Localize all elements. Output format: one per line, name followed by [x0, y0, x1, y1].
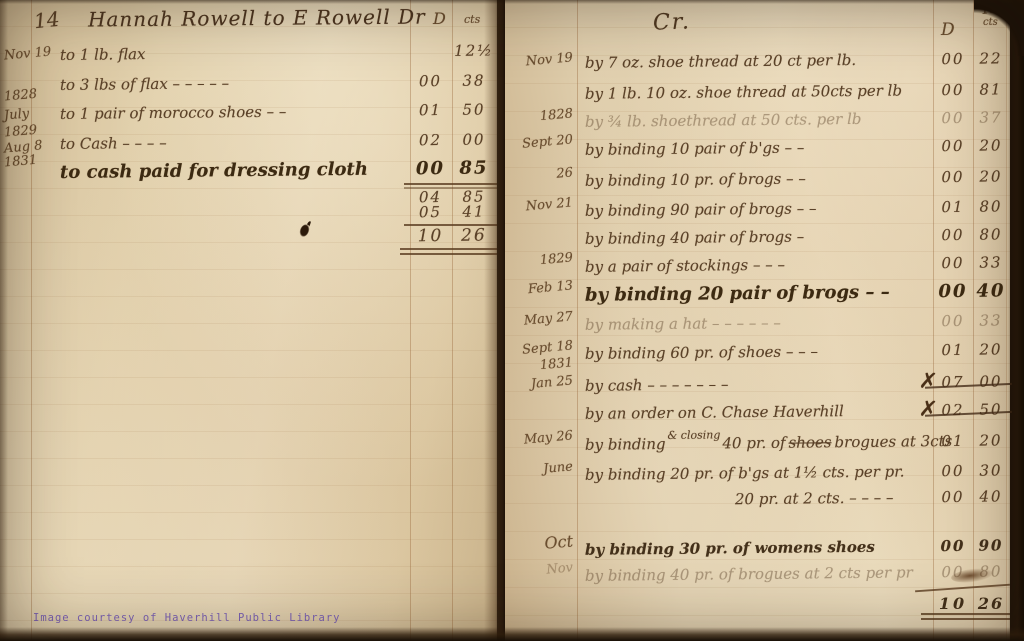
entry-dollars: 00 [934, 81, 972, 99]
entry-dollars: 00 [934, 462, 972, 480]
ledger-entry-row: by binding 20 pair of brogs – – 00 40 ✗ [505, 280, 1010, 310]
ledger-entry-row: by 7 oz. shoe thread at 20 ct per lb. 00… [505, 49, 1010, 79]
entry-dollars: 00 [934, 50, 972, 68]
total-double-rule [400, 253, 497, 255]
entry-description: 20 pr. at 2 cts. – – – – [585, 488, 904, 509]
entry-description-text: by binding 40 pair of brogs – [585, 228, 804, 248]
entry-dollars: 00 [934, 137, 972, 155]
entry-cents: 40 [974, 280, 1008, 301]
ledger-entry-row: by making a hat – – – – – – 00 33 ✗ [505, 311, 1010, 341]
entry-dollars: 00 [934, 254, 972, 272]
entry-description: to 1 pair of morocco shoes – – [60, 102, 303, 123]
entry-cents: 33 [974, 253, 1008, 271]
entry-description: to cash paid for dressing cloth [60, 159, 384, 183]
watermark-credit: Image courtesy of Haverhill Public Libra… [33, 612, 341, 624]
entry-description-text: by 1 lb. 10 oz. shoe thread at 50cts per… [585, 81, 902, 102]
right-dollars-column-header: D [941, 20, 955, 40]
left-cents-column-header: cts [464, 13, 480, 26]
entry-description: by binding 40 pair of brogs – [585, 227, 814, 247]
entry-dollars: 00 [934, 488, 972, 506]
entry-mid-text: 40 pr. of [722, 434, 785, 453]
ledger-left-page: 14 Hannah Rowell to E Rowell Dr D cts No… [0, 0, 497, 641]
ledger-right-page: Cr. 15 D cts Nov 19 1828 Sept 20 26 Nov … [505, 0, 1010, 641]
entry-dollars: 01 [411, 101, 450, 119]
ledger-entry-row: by binding 10 pair of b'gs – – 00 20 ✗ [505, 136, 1010, 166]
entry-dollars: 01 [934, 432, 972, 450]
photo-top-edge [0, 0, 1024, 4]
entry-description-text: by cash – – – – – – – [585, 375, 729, 395]
entry-dollars: 02 [934, 401, 972, 419]
ledger-entry-row: by binding 10 pr. of brogs – – 00 20 ✗ [505, 167, 1010, 197]
entry-dollars: 00 [934, 168, 972, 186]
total-double-rule [400, 248, 497, 250]
entry-dollars: 00 [411, 158, 450, 179]
entry-description: by making a hat – – – – – – [585, 314, 791, 334]
total-dollars: 10 [411, 226, 450, 246]
ledger-entry-row: by binding 40 pair of brogs – 00 80 ✗ [505, 225, 1010, 255]
photo-top-right-corner [974, 0, 1024, 56]
entry-cents: 33 [974, 311, 1008, 329]
entry-description: by a pair of stockings – – – [585, 256, 795, 276]
entry-description: by binding 40 pr. of brogues at 2 cts pe… [585, 563, 923, 585]
grand-total-double-rule [921, 618, 1010, 620]
entry-description: by an order on C. Chase Haverhill [585, 402, 854, 423]
crossout-x-mark: ✗ [918, 396, 939, 423]
ledger-entry-row: by binding 20 pr. of b'gs at 1½ cts. per… [505, 461, 1010, 491]
entry-description-text: to cash paid for dressing cloth [60, 159, 368, 183]
entry-description: by ¾ lb. shoethread at 50 cts. per lb [585, 110, 872, 131]
entry-dollars: 00 [934, 537, 972, 555]
ledger-entry-row: by binding 60 pr. of shoes – – – 01 20 ✗ [505, 340, 1010, 370]
ledger-entry-row: by an order on C. Chase Haverhill 02 50 … [505, 400, 1010, 430]
ledger-entry-row: to 1 pair of morocco shoes – – 01 50 ✗ [0, 100, 497, 130]
entry-description-text: by binding 30 pr. of womens shoes [585, 538, 875, 559]
entry-description: by 1 lb. 10 oz. shoe thread at 50cts per… [585, 81, 912, 102]
ledger-entry-row: to 1 lb. flax 12½ ✗ [0, 41, 497, 71]
entry-description-text: to 1 lb. flax [60, 45, 146, 64]
ledger-entry-row: by ¾ lb. shoethread at 50 cts. per lb 00… [505, 108, 1010, 138]
entry-description: by binding 20 pr. of b'gs at 1½ cts. per… [585, 462, 915, 483]
entry-cents: 81 [974, 80, 1008, 98]
entry-cents: 30 [974, 461, 1008, 479]
entry-description-text: by binding 60 pr. of shoes – – – [585, 342, 818, 362]
entry-dollars: 00 [934, 281, 972, 302]
entry-dollars: 00 [934, 109, 972, 127]
entry-description-text: by 7 oz. shoe thread at 20 ct per lb. [585, 51, 856, 72]
entry-dollars: 01 [934, 341, 972, 359]
entry-cents: 37 [974, 108, 1008, 126]
left-page-heading: Hannah Rowell to E Rowell Dr [88, 5, 426, 32]
total-dollars: 05 [411, 203, 450, 221]
entry-description: by binding 30 pr. of womens shoes [585, 538, 885, 559]
grand-total-cents: 26 [974, 594, 1008, 613]
ledger-entry-row: by a pair of stockings – – – 00 33 ✗ [505, 253, 1010, 283]
entry-dollars: 00 [934, 312, 972, 330]
entry-cents: 80 [974, 225, 1008, 243]
entry-description-text: by binding 20 pair of brogs – – [585, 282, 890, 306]
right-page-heading: Cr. [653, 9, 692, 35]
entry-description: to 3 lbs of flax – – – – – [60, 74, 245, 94]
entry-description-text: by binding 10 pair of b'gs – – [585, 139, 805, 159]
entry-description-text: to 1 pair of morocco shoes – – [60, 103, 287, 123]
entry-description-text: by an order on C. Chase Haverhill [585, 402, 844, 423]
entry-description: by binding 60 pr. of shoes – – – [585, 342, 828, 363]
entry-description: by 7 oz. shoe thread at 20 ct per lb. [585, 51, 866, 72]
ledger-entry-row: by binding 90 pair of brogs – – 01 80 ✗ [505, 197, 1010, 227]
photo-right-edge [1008, 0, 1024, 641]
entry-description-text: by a pair of stockings – – – [585, 256, 785, 276]
entry-dollars: 00 [411, 72, 450, 90]
entry-cents: 00 [974, 372, 1008, 390]
entry-description: to 1 lb. flax [60, 45, 162, 64]
entry-insertion-text: & closing [667, 428, 720, 442]
crossout-x-mark: ✗ [918, 368, 939, 395]
ledger-entry-row: to 3 lbs of flax – – – – – 00 38 ✗ [0, 71, 497, 101]
entry-description: by cash – – – – – – – [585, 375, 739, 395]
grand-total-dollars: 10 [934, 594, 972, 613]
entry-description-text: by binding 10 pr. of brogs – – [585, 169, 806, 189]
entry-cents: 50 [974, 400, 1008, 418]
entry-description: by binding 90 pair of brogs – – [585, 199, 827, 220]
entry-description-text: 20 pr. at 2 cts. – – – – [735, 489, 894, 509]
entry-description: by binding& closing40 pr. ofshoesbrogues… [585, 432, 953, 454]
left-dollars-column-header: D [433, 9, 446, 28]
entry-dollars: 07 [934, 373, 972, 391]
entry-cents: 20 [974, 340, 1008, 358]
entry-dollars: 01 [934, 198, 972, 216]
entry-struck-text: shoes [788, 433, 831, 451]
entry-cents: 20 [974, 167, 1008, 185]
grand-total-double-rule [921, 613, 1010, 615]
ledger-entry-row: by binding& closing40 pr. ofshoesbrogues… [505, 431, 1010, 461]
photo-left-edge [0, 0, 8, 641]
photo-bottom-edge [0, 627, 1024, 641]
entry-dollars: 00 [934, 226, 972, 244]
total-row: 10 26 [0, 225, 497, 255]
entry-description-text: by binding 40 pr. of brogues at 2 cts pe… [585, 563, 913, 584]
entry-cents: 80 [974, 197, 1008, 215]
entry-description-text: by binding 90 pair of brogs – – [585, 199, 817, 219]
left-page-number: 14 [33, 7, 61, 34]
ledger-entry-row: by 1 lb. 10 oz. shoe thread at 50cts per… [505, 80, 1010, 110]
entry-description: by binding 10 pair of b'gs – – [585, 138, 815, 158]
entry-description-text: by ¾ lb. shoethread at 50 cts. per lb [585, 110, 862, 131]
entry-description-text: to Cash – – – – [60, 134, 167, 153]
entry-dollars: 02 [411, 131, 450, 149]
ledger-book-photo: 14 Hannah Rowell to E Rowell Dr D cts No… [0, 0, 1024, 641]
ledger-entry-row: by binding 30 pr. of womens shoes 00 90 … [505, 536, 1010, 566]
entry-cents: 90 [974, 536, 1008, 554]
ledger-entry-row: to Cash – – – – 02 00 ✗ [0, 130, 497, 160]
entry-description-text: by binding 20 pr. of b'gs at 1½ cts. per… [585, 462, 905, 483]
entry-description-text: to 3 lbs of flax – – – – – [60, 74, 229, 94]
entry-description: to Cash – – – – [60, 134, 183, 153]
entry-cents: 20 [974, 136, 1008, 154]
entry-description-text: by binding [585, 435, 666, 454]
ledger-entry-row: 20 pr. at 2 cts. – – – – 00 40 ✗ [505, 487, 1010, 517]
entry-description: by binding 10 pr. of brogs – – [585, 169, 816, 189]
entry-cents: 20 [974, 431, 1008, 449]
entry-description-text: by making a hat – – – – – – [585, 314, 781, 334]
entry-cents: 40 [974, 487, 1008, 505]
entry-description: by binding 20 pair of brogs – – [585, 282, 900, 306]
